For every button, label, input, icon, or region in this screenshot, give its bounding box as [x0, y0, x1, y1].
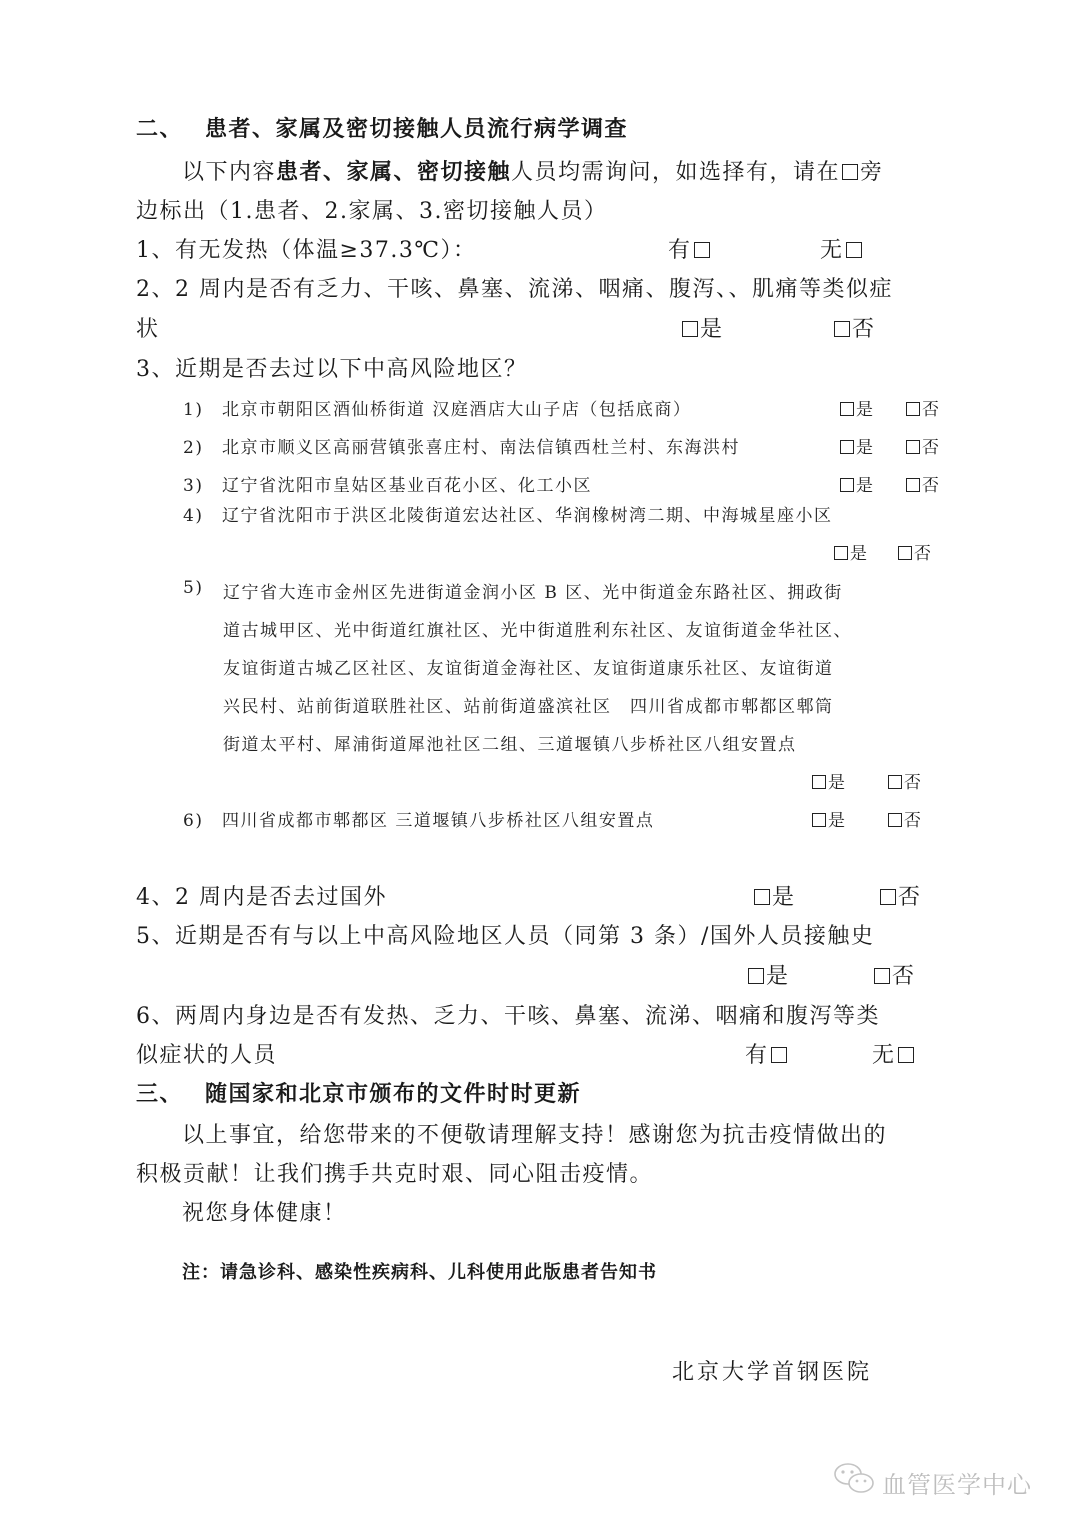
- q2-option-no[interactable]: 否: [832, 312, 876, 343]
- area-1-option-no[interactable]: 否: [904, 395, 941, 420]
- checkbox[interactable]: [694, 242, 710, 258]
- area-6: 6) 四川省成都市郫都区 三道堰镇八步桥社区八组安置点: [183, 806, 654, 831]
- option-label: 是: [856, 476, 875, 496]
- option-label: 否: [914, 544, 933, 564]
- section-2-heading: 二、患者、家属及密切接触人员流行病学调查: [136, 112, 628, 143]
- option-label: 是: [766, 964, 790, 989]
- checkbox[interactable]: [834, 546, 848, 560]
- area-number: 6): [183, 811, 203, 831]
- wish-line: 祝您身体健康！: [182, 1196, 347, 1227]
- area-5-number: 5): [183, 578, 203, 598]
- hospital-signature: 北京大学首钢医院: [672, 1355, 872, 1386]
- option-label: 是: [856, 438, 875, 458]
- area-3: 3) 辽宁省沈阳市皇姑区基业百花小区、化工小区: [183, 471, 592, 496]
- option-label: 是: [850, 544, 869, 564]
- option-label: 否: [898, 885, 922, 910]
- checkbox[interactable]: [846, 242, 862, 258]
- q5-option-no[interactable]: 否: [872, 959, 916, 990]
- q2-option-yes[interactable]: 是: [680, 312, 724, 343]
- q1-option-yes[interactable]: 有: [668, 233, 712, 264]
- watermark-text: 血管医学中心: [882, 1465, 1032, 1500]
- area-5-line-1: 辽宁省大连市金州区先进街道金润小区 B 区、光中街道金东路社区、拥政街: [223, 578, 843, 603]
- option-label: 是: [828, 811, 847, 831]
- area-number: 2): [183, 438, 203, 458]
- checkbox[interactable]: [880, 889, 896, 905]
- area-6-option-no[interactable]: 否: [886, 806, 923, 831]
- area-1-option-yes[interactable]: 是: [838, 395, 875, 420]
- option-label: 有: [745, 1043, 769, 1068]
- area-5-line-5: 街道太平村、犀浦街道犀池社区二组、三道堰镇八步桥社区八组安置点: [223, 730, 797, 755]
- area-text: 四川省成都市郫都区 三道堰镇八步桥社区八组安置点: [222, 811, 654, 831]
- option-label: 无: [872, 1043, 896, 1068]
- area-5-option-yes[interactable]: 是: [810, 768, 847, 793]
- section-3-heading: 三、随国家和北京市颁布的文件时时更新: [136, 1077, 581, 1108]
- option-label: 是: [772, 885, 796, 910]
- wechat-icon: [832, 1462, 878, 1496]
- area-number: 3): [183, 476, 203, 496]
- question-6-text-line-2: 似症状的人员: [136, 1038, 277, 1069]
- intro-line-2: 边标出（1.患者、2.家属、3.密切接触人员）: [136, 194, 607, 225]
- q6-option-no[interactable]: 无: [872, 1038, 916, 1069]
- checkbox[interactable]: [682, 321, 698, 337]
- question-6-text-line-1: 6、两周内身边是否有发热、乏力、干咳、鼻塞、流涕、咽痛和腹泻等类: [136, 999, 880, 1030]
- area-5-line-2: 道古城甲区、光中街道红旗社区、光中街道胜利东社区、友谊街道金华社区、: [223, 616, 852, 641]
- option-label: 否: [922, 400, 941, 420]
- area-text: 北京市朝阳区酒仙桥街道 汉庭酒店大山子店（包括底商）: [222, 400, 691, 420]
- area-2-option-yes[interactable]: 是: [838, 433, 875, 458]
- checkbox[interactable]: [771, 1047, 787, 1063]
- area-3-option-yes[interactable]: 是: [838, 471, 875, 496]
- section-3-title: 随国家和北京市颁布的文件时时更新: [205, 1082, 581, 1107]
- checkbox[interactable]: [898, 546, 912, 560]
- option-label: 否: [922, 438, 941, 458]
- checkbox[interactable]: [906, 478, 920, 492]
- area-2-option-no[interactable]: 否: [904, 433, 941, 458]
- area-text: 北京市顺义区高丽营镇张喜庄村、南法信镇西杜兰村、东海洪村: [222, 438, 740, 458]
- option-label: 是: [856, 400, 875, 420]
- section-2-number: 二、: [136, 117, 183, 142]
- q5-option-yes[interactable]: 是: [746, 959, 790, 990]
- area-text: 辽宁省沈阳市皇姑区基业百花小区、化工小区: [222, 476, 592, 496]
- area-5-option-no[interactable]: 否: [886, 768, 923, 793]
- area-2: 2) 北京市顺义区高丽营镇张喜庄村、南法信镇西杜兰村、东海洪村: [183, 433, 740, 458]
- q4-option-yes[interactable]: 是: [752, 880, 796, 911]
- option-label: 否: [852, 317, 876, 342]
- question-2-text-line-2: 状: [136, 312, 160, 343]
- option-label: 否: [892, 964, 916, 989]
- section-3-number: 三、: [136, 1082, 183, 1107]
- usage-note: 注：请急诊科、感染性疾病科、儿科使用此版患者告知书: [182, 1258, 657, 1284]
- question-2-text-line-1: 2、2 周内是否有乏力、干咳、鼻塞、流涕、咽痛、腹泻、、肌痛等类似症: [136, 272, 893, 303]
- question-3-text: 3、近期是否去过以下中高风险地区？: [136, 352, 528, 383]
- area-4-option-yes[interactable]: 是: [832, 539, 869, 564]
- option-label: 否: [922, 476, 941, 496]
- intro-suffix: 人员均需询问，如选择有，请在: [511, 160, 840, 185]
- checkbox[interactable]: [888, 813, 902, 827]
- checkbox[interactable]: [748, 968, 764, 984]
- area-4: 4) 辽宁省沈阳市于洪区北陵街道宏达社区、华润橡树湾二期、中海城星座小区: [183, 501, 832, 526]
- option-label: 否: [904, 811, 923, 831]
- area-3-option-no[interactable]: 否: [904, 471, 941, 496]
- option-label: 是: [828, 773, 847, 793]
- checkbox[interactable]: [840, 402, 854, 416]
- closing-paragraph-line-1: 以上事宜，给您带来的不便敬请理解支持！感谢您为抗击疫情做出的: [182, 1118, 887, 1149]
- checkbox-sample: [842, 164, 858, 180]
- checkbox[interactable]: [812, 775, 826, 789]
- intro-line-1: 以下内容患者、家属、密切接触人员均需询问，如选择有，请在旁: [182, 155, 884, 186]
- checkbox[interactable]: [874, 968, 890, 984]
- option-label: 是: [700, 317, 724, 342]
- area-1: 1) 北京市朝阳区酒仙桥街道 汉庭酒店大山子店（包括底商）: [183, 395, 691, 420]
- intro-prefix: 以下内容: [182, 160, 276, 185]
- checkbox[interactable]: [888, 775, 902, 789]
- option-label: 无: [820, 238, 844, 263]
- area-number: 4): [183, 506, 203, 526]
- closing-paragraph-line-2: 积极贡献！让我们携手共克时艰、同心阻击疫情。: [136, 1157, 653, 1188]
- area-number: 1): [183, 400, 203, 420]
- question-5-text: 5、近期是否有与以上中高风险地区人员（同第 3 条）/国外人员接触史: [136, 919, 874, 950]
- q4-option-no[interactable]: 否: [878, 880, 922, 911]
- area-4-option-no[interactable]: 否: [896, 539, 933, 564]
- intro-end: 旁: [860, 160, 884, 185]
- section-2-title: 患者、家属及密切接触人员流行病学调查: [205, 117, 628, 142]
- checkbox[interactable]: [840, 440, 854, 454]
- checkbox[interactable]: [898, 1047, 914, 1063]
- checkbox[interactable]: [906, 402, 920, 416]
- checkbox[interactable]: [754, 889, 770, 905]
- option-label: 有: [668, 238, 692, 263]
- option-label: 否: [904, 773, 923, 793]
- checkbox[interactable]: [834, 321, 850, 337]
- checkbox[interactable]: [840, 478, 854, 492]
- intro-bold: 患者、家属、密切接触: [276, 160, 511, 185]
- area-5-line-4: 兴民村、站前街道联胜社区、站前街道盛滨社区 四川省成都市郫都区郫筒: [223, 692, 834, 717]
- checkbox[interactable]: [812, 813, 826, 827]
- checkbox[interactable]: [906, 440, 920, 454]
- q1-option-no[interactable]: 无: [820, 233, 864, 264]
- q6-option-yes[interactable]: 有: [745, 1038, 789, 1069]
- question-4-text: 4、2 周内是否去过国外: [136, 880, 387, 911]
- area-6-option-yes[interactable]: 是: [810, 806, 847, 831]
- area-5-line-3: 友谊街道古城乙区社区、友谊街道金海社区、友谊街道康乐社区、友谊街道: [223, 654, 834, 679]
- area-text: 辽宁省沈阳市于洪区北陵街道宏达社区、华润橡树湾二期、中海城星座小区: [222, 506, 833, 526]
- question-1-text: 1、有无发热（体温≥37.3℃）：: [136, 233, 477, 264]
